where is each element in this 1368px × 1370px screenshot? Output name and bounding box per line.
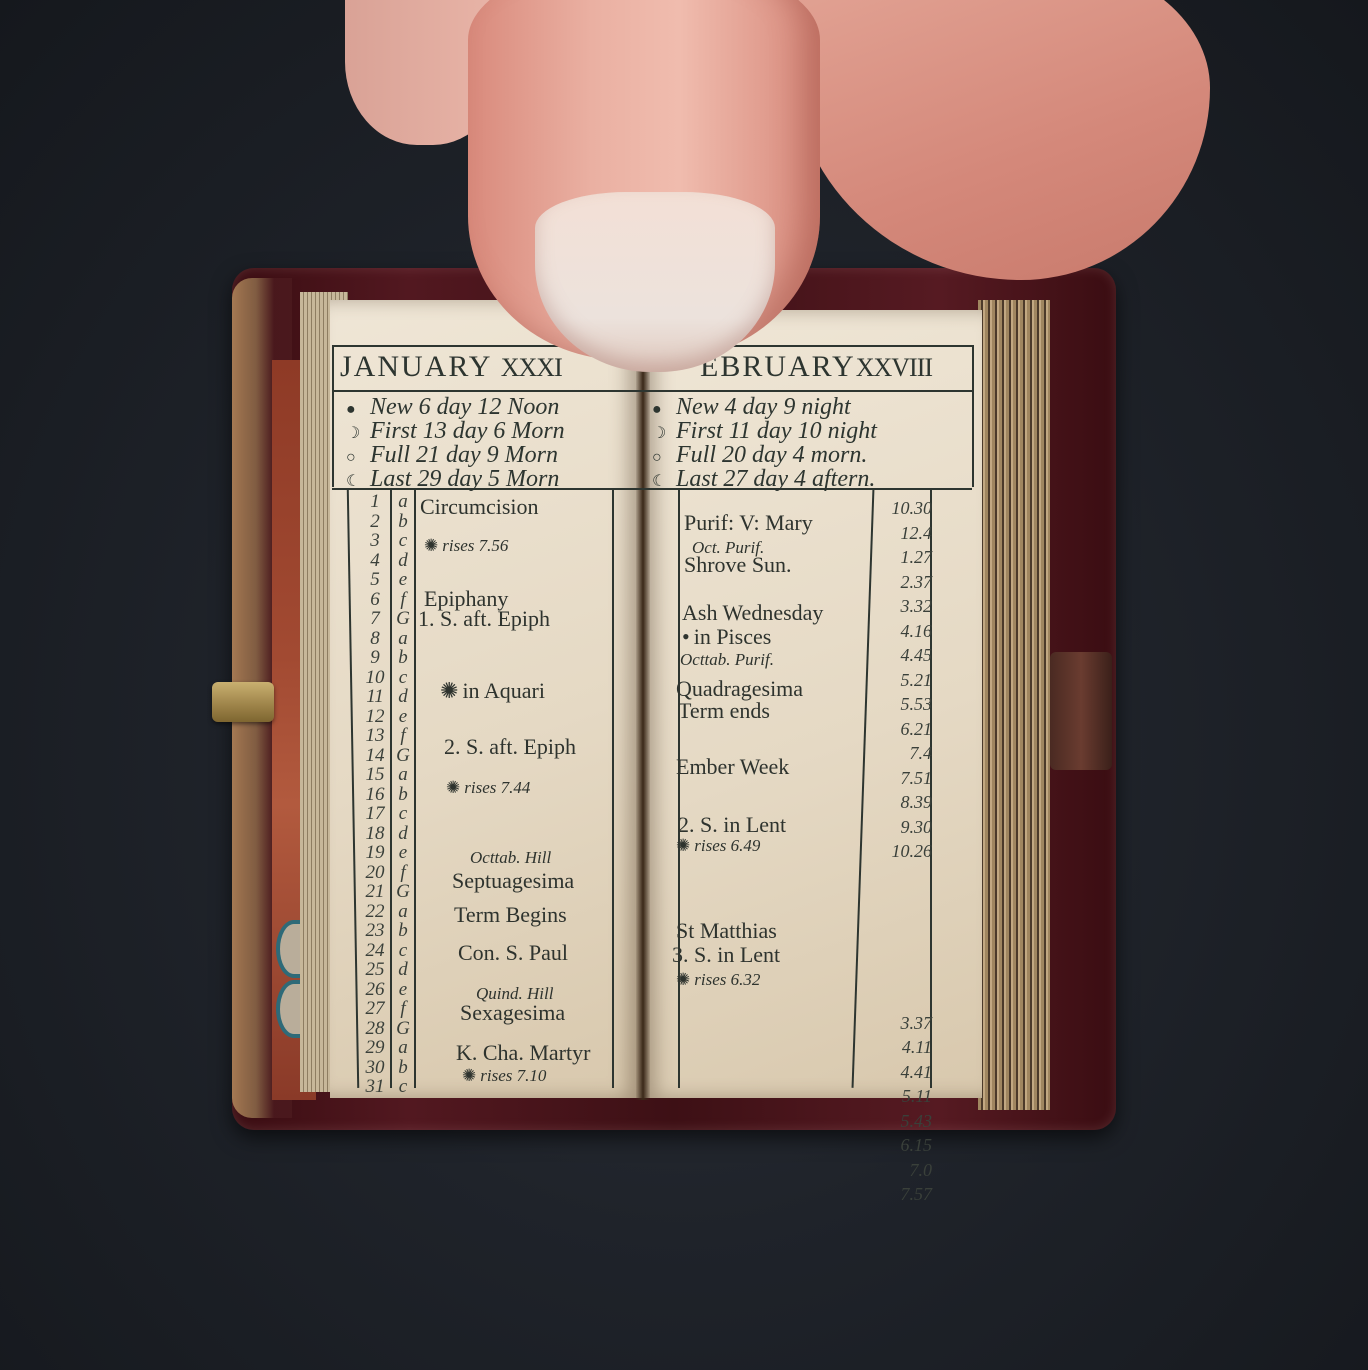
calendar-entry: ✺in Aquari [440,678,545,704]
calendar-entry: Octtab. Purif. [680,650,774,670]
calendar-entry: St Matthias [676,918,777,944]
calendar-entry: ✺rises 6.32 [676,970,760,990]
moon-phase-row: ○ Full 20 day 4 morn. [652,442,867,469]
calendar-entry: 2. S. aft. Epiph [444,734,576,760]
calendar-entry: ✺rises 7.10 [462,1066,546,1086]
rule [332,390,972,392]
month-title-january: JANUARY XXXI [340,350,562,384]
calendar-entry: Circumcision [420,494,539,520]
moon-phase-row: ● New 6 day 12 Noon [346,394,559,421]
calendar-entry: ✺rises 7.56 [424,536,508,556]
calendar-entry: 2. S. in Lent [678,812,786,838]
calendar-entry: 1. S. aft. Epiph [418,606,550,632]
full-moon-icon: ○ [346,449,364,467]
calendar-entry: 3. S. in Lent [672,942,780,968]
calendar-entry: K. Cha. Martyr [456,1040,590,1066]
last-quarter-moon-icon: ☾ [652,471,670,491]
new-moon-icon: ● [346,401,364,419]
calendar-entry: ✺rises 7.44 [446,778,530,798]
calendar-entry: Shrove Sun. [684,552,792,578]
column-rule [414,488,416,1088]
calendar-entry: Septuagesima [452,868,574,894]
brass-clasp [212,682,274,722]
moon-phase-row: ☽ First 11 day 10 night [652,418,877,445]
moon-times-column: 10.3012.41.272.373.324.164.455.215.536.2… [862,496,932,1207]
hand [790,0,1210,280]
calendar-entry: Term Begins [454,902,567,928]
calendar-entry: Ember Week [676,754,789,780]
page-edges-right [978,300,1050,1110]
moon-phase-row: ☽ First 13 day 6 Morn [346,418,565,445]
sun-icon: ✺ [676,836,690,856]
sun-icon: ✺ [676,970,690,990]
moon-phase-row: ○ Full 21 day 9 Morn [346,442,558,469]
month-title-february: EBRUARYXXVIII [700,350,932,384]
photo-scene: JANUARY XXXI EBRUARYXXVIII ● New 6 day 1… [0,0,1368,1370]
first-quarter-moon-icon: ☽ [652,423,670,443]
moon-phase-row: ● New 4 day 9 night [652,394,851,421]
calendar-entry: Sexagesima [460,1000,565,1026]
sun-icon: ✺ [440,678,458,704]
calendar-entry: Purif: V: Mary [684,510,813,536]
sun-icon: • [682,624,690,650]
leather-clasp-tab [1050,652,1112,770]
sun-icon: ✺ [446,778,460,798]
calendar-entry: Ash Wednesday [682,600,823,626]
first-quarter-moon-icon: ☽ [346,423,364,443]
column-rule [678,488,680,1088]
column-rule [612,488,614,1088]
day-number-column: 1234567891011121314151617181920212223242… [362,492,388,1097]
calendar-entry: ✺rises 6.49 [676,836,760,856]
calendar-entry: •in Pisces [682,624,771,650]
moon-phase-row: ☾ Last 27 day 4 aftern. [652,466,875,493]
calendar-entry: Term ends [678,698,770,724]
new-moon-icon: ● [652,401,670,419]
sun-icon: ✺ [424,536,438,556]
calendar-entry: Con. S. Paul [458,940,568,966]
full-moon-icon: ○ [652,449,670,467]
dominical-letter-column: abcdefGabcdefGabcdefGabcdefGabc [392,492,414,1097]
moon-phase-row: ☾ Last 29 day 5 Morn [346,466,559,493]
calendar-entry: Octtab. Hill [470,848,551,868]
sun-icon: ✺ [462,1066,476,1086]
